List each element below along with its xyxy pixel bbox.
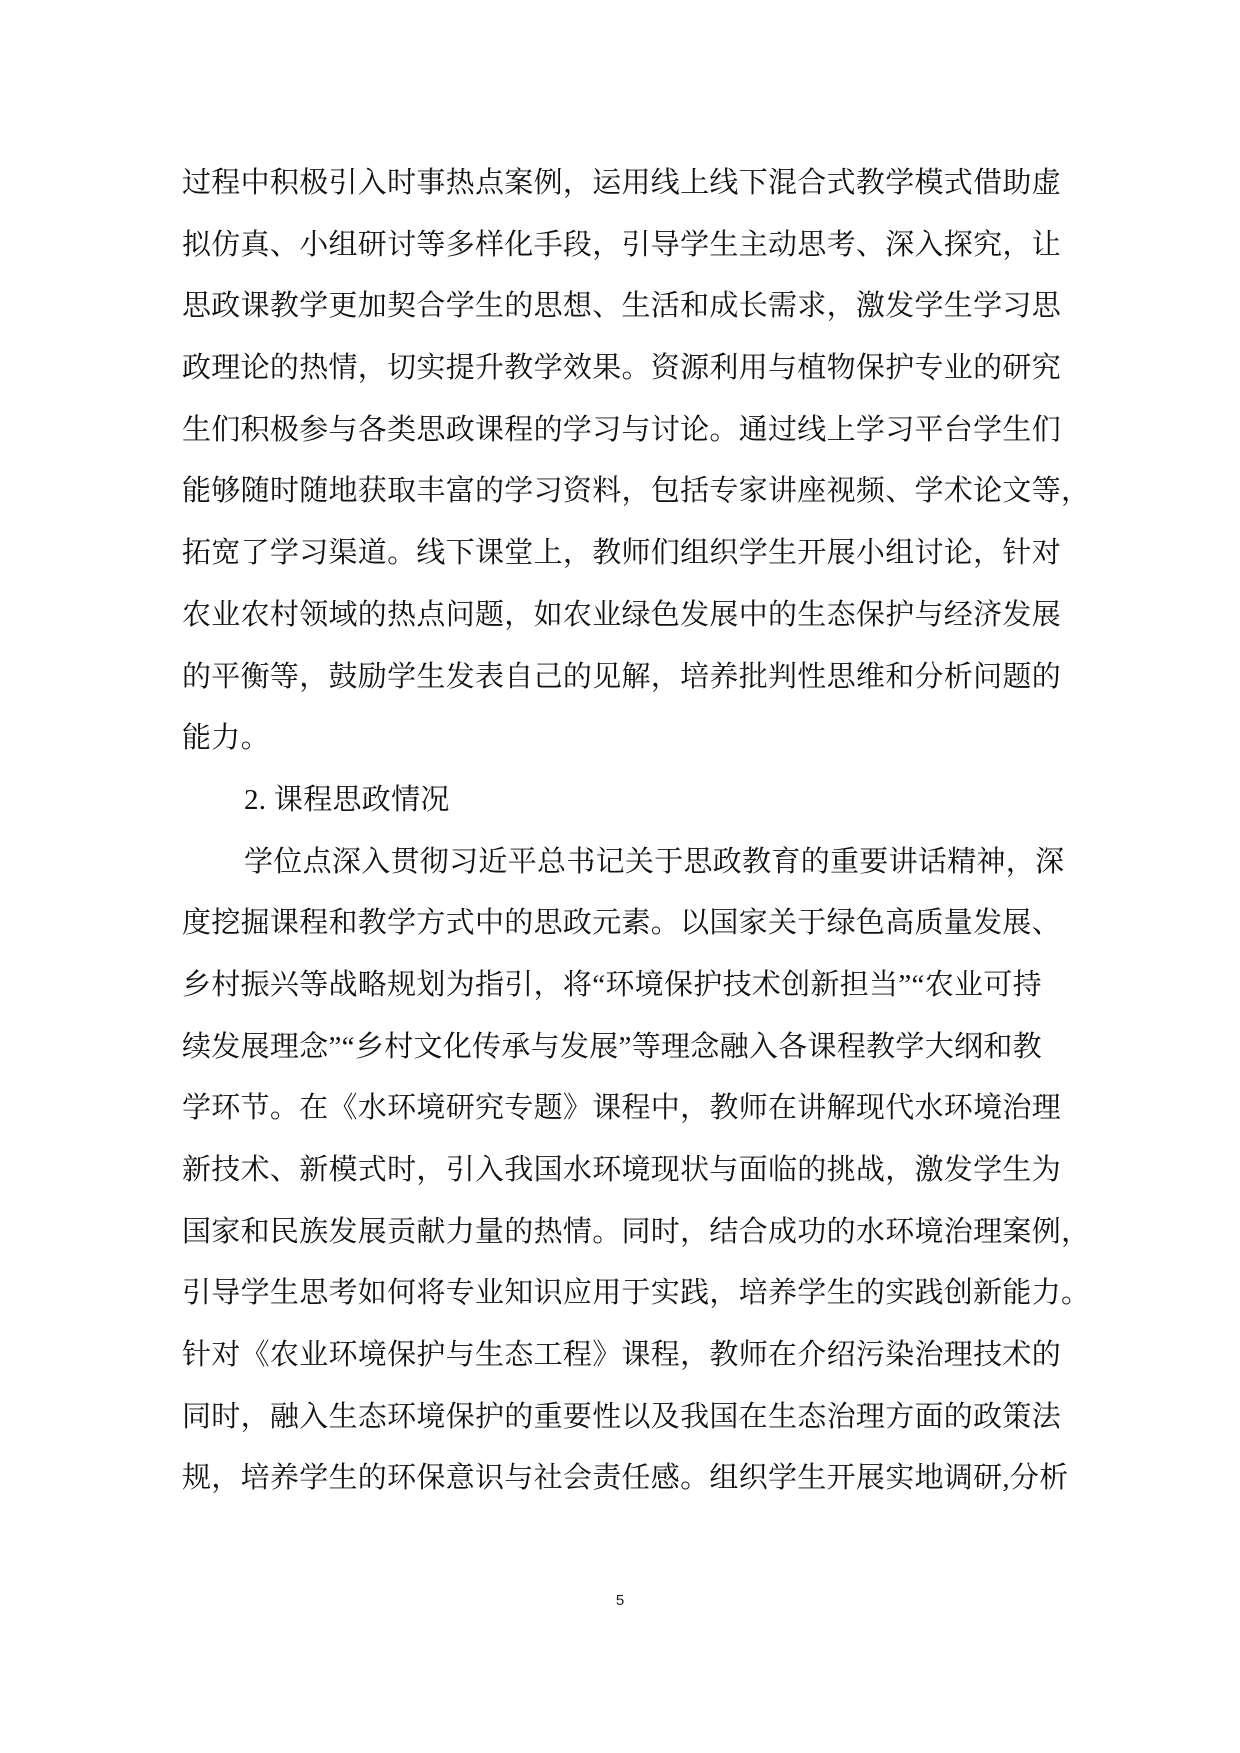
paragraph-line: 能够随时随地获取丰富的学习资料，包括专家讲座视频、学术论文等， [182,466,1062,528]
paragraph-line: 学位点深入贯彻习近平总书记关于思政教育的重要讲话精神，深 [182,837,1062,899]
paragraph-line: 规，培养学生的环保意识与社会责任感。组织学生开展实地调研,分析 [182,1453,1062,1515]
paragraph-line: 拟仿真、小组研讨等多样化手段，引导学生主动思考、深入探究，让 [182,220,1062,282]
paragraph-line: 农业农村领域的热点问题，如农业绿色发展中的生态保护与经济发展 [182,590,1062,652]
document-page: 过程中积极引入时事热点案例，运用线上线下混合式教学模式借助虚 拟仿真、小组研讨等… [0,0,1240,1753]
paragraph-line: 续发展理念”“乡村文化传承与发展”等理念融入各课程教学大纲和教 [182,1022,1062,1084]
paragraph-line: 思政课教学更加契合学生的思想、生活和成长需求，激发学生学习思 [182,281,1062,343]
paragraph-line: 过程中积极引入时事热点案例，运用线上线下混合式教学模式借助虚 [182,158,1062,220]
paragraph-line: 的平衡等，鼓励学生发表自己的见解，培养批判性思维和分析问题的 [182,652,1062,714]
section-heading: 2. 课程思政情况 [182,775,1062,837]
paragraph-line: 乡村振兴等战略规划为指引，将“环境保护技术创新担当”“农业可持 [182,960,1062,1022]
page-number: 5 [0,1592,1240,1609]
paragraph-line: 度挖掘课程和教学方式中的思政元素。以国家关于绿色高质量发展、 [182,898,1062,960]
paragraph-line: 新技术、新模式时，引入我国水环境现状与面临的挑战，激发学生为 [182,1145,1062,1207]
paragraph-line: 引导学生思考如何将专业知识应用于实践，培养学生的实践创新能力。 [182,1268,1062,1330]
paragraph-line: 政理论的热情，切实提升教学效果。资源利用与植物保护专业的研究 [182,343,1062,405]
paragraph-line: 同时，融入生态环境保护的重要性以及我国在生态治理方面的政策法 [182,1392,1062,1454]
paragraph-line: 学环节。在《水环境研究专题》课程中，教师在讲解现代水环境治理 [182,1083,1062,1145]
paragraph-line: 能力。 [182,713,1062,775]
paragraph-line: 拓宽了学习渠道。线下课堂上，教师们组织学生开展小组讨论，针对 [182,528,1062,590]
paragraph-line: 国家和民族发展贡献力量的热情。同时，结合成功的水环境治理案例， [182,1207,1062,1269]
paragraph-line: 针对《农业环境保护与生态工程》课程，教师在介绍污染治理技术的 [182,1330,1062,1392]
paragraph-line: 生们积极参与各类思政课程的学习与讨论。通过线上学习平台学生们 [182,405,1062,467]
body-text: 过程中积极引入时事热点案例，运用线上线下混合式教学模式借助虚 拟仿真、小组研讨等… [182,158,1062,1515]
